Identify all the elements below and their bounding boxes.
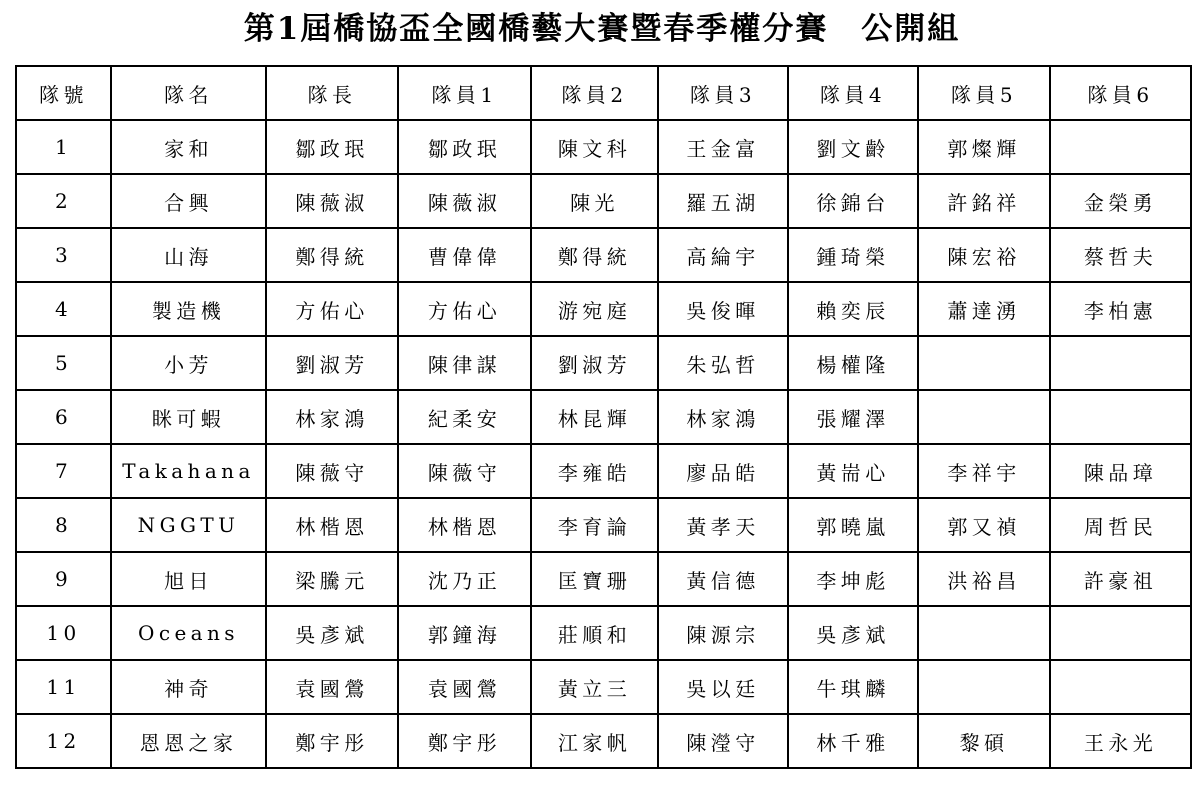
team-name-cell: 神奇 bbox=[111, 660, 266, 714]
column-header-team-number: 隊號 bbox=[16, 66, 111, 120]
captain-cell: 鄭得統 bbox=[266, 228, 398, 282]
member-5-cell: 蕭達湧 bbox=[918, 282, 1050, 336]
table-row: 3山海鄭得統曹偉偉鄭得統高綸宇鍾琦榮陳宏裕蔡哲夫 bbox=[16, 228, 1191, 282]
member-3-cell: 吳以廷 bbox=[658, 660, 788, 714]
captain-cell: 陳薇淑 bbox=[266, 174, 398, 228]
member-2-cell: 鄭得統 bbox=[531, 228, 658, 282]
member-5-cell: 李祥宇 bbox=[918, 444, 1050, 498]
table-row: 10Oceans吳彥斌郭鐘海莊順和陳源宗吳彥斌 bbox=[16, 606, 1191, 660]
captain-cell: 林家鴻 bbox=[266, 390, 398, 444]
team-name-cell: Oceans bbox=[111, 606, 266, 660]
member-4-cell: 賴奕辰 bbox=[788, 282, 918, 336]
captain-cell: 鄭宇彤 bbox=[266, 714, 398, 768]
member-5-cell bbox=[918, 390, 1050, 444]
member-3-cell: 吳俊暉 bbox=[658, 282, 788, 336]
team-name-cell: 家和 bbox=[111, 120, 266, 174]
team-name-cell: 山海 bbox=[111, 228, 266, 282]
team-number-cell: 6 bbox=[16, 390, 111, 444]
header-row: 隊號 隊名 隊長 隊員1 隊員2 隊員3 隊員4 隊員5 隊員6 bbox=[16, 66, 1191, 120]
column-header-member-1: 隊員1 bbox=[398, 66, 531, 120]
member-2-cell: 李雍皓 bbox=[531, 444, 658, 498]
team-number-cell: 8 bbox=[16, 498, 111, 552]
roster-header: 隊號 隊名 隊長 隊員1 隊員2 隊員3 隊員4 隊員5 隊員6 bbox=[16, 66, 1191, 120]
member-4-cell: 郭曉嵐 bbox=[788, 498, 918, 552]
member-4-cell: 吳彥斌 bbox=[788, 606, 918, 660]
member-2-cell: 陳光 bbox=[531, 174, 658, 228]
member-6-cell bbox=[1050, 660, 1191, 714]
member-1-cell: 郭鐘海 bbox=[398, 606, 531, 660]
member-6-cell bbox=[1050, 336, 1191, 390]
captain-cell: 林楷恩 bbox=[266, 498, 398, 552]
member-2-cell: 劉淑芳 bbox=[531, 336, 658, 390]
team-number-cell: 2 bbox=[16, 174, 111, 228]
member-4-cell: 牛琪麟 bbox=[788, 660, 918, 714]
team-number-cell: 3 bbox=[16, 228, 111, 282]
member-1-cell: 陳薇淑 bbox=[398, 174, 531, 228]
member-5-cell: 洪裕昌 bbox=[918, 552, 1050, 606]
team-number-cell: 10 bbox=[16, 606, 111, 660]
member-4-cell: 黃耑心 bbox=[788, 444, 918, 498]
team-name-cell: 製造機 bbox=[111, 282, 266, 336]
member-1-cell: 陳律謀 bbox=[398, 336, 531, 390]
table-row: 2合興陳薇淑陳薇淑陳光羅五湖徐錦台許銘祥金榮勇 bbox=[16, 174, 1191, 228]
team-number-cell: 11 bbox=[16, 660, 111, 714]
table-row: 1家和鄒政珉鄒政珉陳文科王金富劉文齡郭燦輝 bbox=[16, 120, 1191, 174]
member-3-cell: 陳瀅守 bbox=[658, 714, 788, 768]
member-2-cell: 莊順和 bbox=[531, 606, 658, 660]
team-name-cell: 恩恩之家 bbox=[111, 714, 266, 768]
team-name-cell: 小芳 bbox=[111, 336, 266, 390]
captain-cell: 吳彥斌 bbox=[266, 606, 398, 660]
member-5-cell: 陳宏裕 bbox=[918, 228, 1050, 282]
member-6-cell: 蔡哲夫 bbox=[1050, 228, 1191, 282]
member-5-cell: 郭燦輝 bbox=[918, 120, 1050, 174]
team-name-cell: 合興 bbox=[111, 174, 266, 228]
member-1-cell: 沈乃正 bbox=[398, 552, 531, 606]
member-6-cell: 金榮勇 bbox=[1050, 174, 1191, 228]
member-4-cell: 李坤彪 bbox=[788, 552, 918, 606]
member-3-cell: 朱弘哲 bbox=[658, 336, 788, 390]
member-1-cell: 袁國鶯 bbox=[398, 660, 531, 714]
column-header-member-6: 隊員6 bbox=[1050, 66, 1191, 120]
roster-body: 1家和鄒政珉鄒政珉陳文科王金富劉文齡郭燦輝2合興陳薇淑陳薇淑陳光羅五湖徐錦台許銘… bbox=[16, 120, 1191, 768]
member-6-cell: 李柏憲 bbox=[1050, 282, 1191, 336]
member-2-cell: 李育論 bbox=[531, 498, 658, 552]
captain-cell: 袁國鶯 bbox=[266, 660, 398, 714]
member-2-cell: 陳文科 bbox=[531, 120, 658, 174]
column-header-member-2: 隊員2 bbox=[531, 66, 658, 120]
captain-cell: 梁騰元 bbox=[266, 552, 398, 606]
team-number-cell: 1 bbox=[16, 120, 111, 174]
member-4-cell: 張耀澤 bbox=[788, 390, 918, 444]
member-1-cell: 紀柔安 bbox=[398, 390, 531, 444]
team-number-cell: 5 bbox=[16, 336, 111, 390]
column-header-member-4: 隊員4 bbox=[788, 66, 918, 120]
member-4-cell: 鍾琦榮 bbox=[788, 228, 918, 282]
table-row: 6眯可蝦林家鴻紀柔安林昆輝林家鴻張耀澤 bbox=[16, 390, 1191, 444]
table-row: 4製造機方佑心方佑心游宛庭吳俊暉賴奕辰蕭達湧李柏憲 bbox=[16, 282, 1191, 336]
team-name-cell: Takahana bbox=[111, 444, 266, 498]
captain-cell: 方佑心 bbox=[266, 282, 398, 336]
member-1-cell: 鄒政珉 bbox=[398, 120, 531, 174]
team-number-cell: 7 bbox=[16, 444, 111, 498]
member-6-cell bbox=[1050, 120, 1191, 174]
member-6-cell: 周哲民 bbox=[1050, 498, 1191, 552]
member-1-cell: 方佑心 bbox=[398, 282, 531, 336]
member-3-cell: 黃孝天 bbox=[658, 498, 788, 552]
member-1-cell: 陳薇守 bbox=[398, 444, 531, 498]
team-number-cell: 12 bbox=[16, 714, 111, 768]
member-6-cell: 許豪祖 bbox=[1050, 552, 1191, 606]
roster-table: 隊號 隊名 隊長 隊員1 隊員2 隊員3 隊員4 隊員5 隊員6 1家和鄒政珉鄒… bbox=[15, 65, 1192, 769]
document-page: 第1屆橋協盃全國橋藝大賽暨春季權分賽 公開組 隊號 隊名 隊長 隊員1 隊員2 … bbox=[0, 0, 1204, 808]
member-1-cell: 鄭宇彤 bbox=[398, 714, 531, 768]
member-6-cell bbox=[1050, 390, 1191, 444]
member-5-cell: 許銘祥 bbox=[918, 174, 1050, 228]
member-6-cell bbox=[1050, 606, 1191, 660]
column-header-captain: 隊長 bbox=[266, 66, 398, 120]
member-2-cell: 林昆輝 bbox=[531, 390, 658, 444]
member-3-cell: 王金富 bbox=[658, 120, 788, 174]
member-1-cell: 林楷恩 bbox=[398, 498, 531, 552]
member-2-cell: 匡寶珊 bbox=[531, 552, 658, 606]
column-header-team-name: 隊名 bbox=[111, 66, 266, 120]
table-row: 11神奇袁國鶯袁國鶯黃立三吳以廷牛琪麟 bbox=[16, 660, 1191, 714]
member-6-cell: 王永光 bbox=[1050, 714, 1191, 768]
member-4-cell: 劉文齡 bbox=[788, 120, 918, 174]
member-3-cell: 羅五湖 bbox=[658, 174, 788, 228]
member-6-cell: 陳品璋 bbox=[1050, 444, 1191, 498]
member-3-cell: 廖品皓 bbox=[658, 444, 788, 498]
team-number-cell: 4 bbox=[16, 282, 111, 336]
member-5-cell bbox=[918, 336, 1050, 390]
member-5-cell: 郭又禎 bbox=[918, 498, 1050, 552]
member-4-cell: 林千雅 bbox=[788, 714, 918, 768]
member-4-cell: 楊權隆 bbox=[788, 336, 918, 390]
member-2-cell: 游宛庭 bbox=[531, 282, 658, 336]
team-name-cell: 眯可蝦 bbox=[111, 390, 266, 444]
member-2-cell: 江家帆 bbox=[531, 714, 658, 768]
team-number-cell: 9 bbox=[16, 552, 111, 606]
member-3-cell: 黃信德 bbox=[658, 552, 788, 606]
member-3-cell: 陳源宗 bbox=[658, 606, 788, 660]
page-title: 第1屆橋協盃全國橋藝大賽暨春季權分賽 公開組 bbox=[0, 0, 1204, 51]
table-row: 9旭日梁騰元沈乃正匡寶珊黃信德李坤彪洪裕昌許豪祖 bbox=[16, 552, 1191, 606]
member-5-cell: 黎碩 bbox=[918, 714, 1050, 768]
member-5-cell bbox=[918, 660, 1050, 714]
member-2-cell: 黃立三 bbox=[531, 660, 658, 714]
table-row: 12恩恩之家鄭宇彤鄭宇彤江家帆陳瀅守林千雅黎碩王永光 bbox=[16, 714, 1191, 768]
team-name-cell: NGGTU bbox=[111, 498, 266, 552]
member-1-cell: 曹偉偉 bbox=[398, 228, 531, 282]
captain-cell: 鄒政珉 bbox=[266, 120, 398, 174]
captain-cell: 陳薇守 bbox=[266, 444, 398, 498]
member-4-cell: 徐錦台 bbox=[788, 174, 918, 228]
column-header-member-5: 隊員5 bbox=[918, 66, 1050, 120]
table-row: 8NGGTU林楷恩林楷恩李育論黃孝天郭曉嵐郭又禎周哲民 bbox=[16, 498, 1191, 552]
table-row: 7Takahana陳薇守陳薇守李雍皓廖品皓黃耑心李祥宇陳品璋 bbox=[16, 444, 1191, 498]
member-5-cell bbox=[918, 606, 1050, 660]
column-header-member-3: 隊員3 bbox=[658, 66, 788, 120]
member-3-cell: 林家鴻 bbox=[658, 390, 788, 444]
table-row: 5小芳劉淑芳陳律謀劉淑芳朱弘哲楊權隆 bbox=[16, 336, 1191, 390]
team-name-cell: 旭日 bbox=[111, 552, 266, 606]
member-3-cell: 高綸宇 bbox=[658, 228, 788, 282]
captain-cell: 劉淑芳 bbox=[266, 336, 398, 390]
